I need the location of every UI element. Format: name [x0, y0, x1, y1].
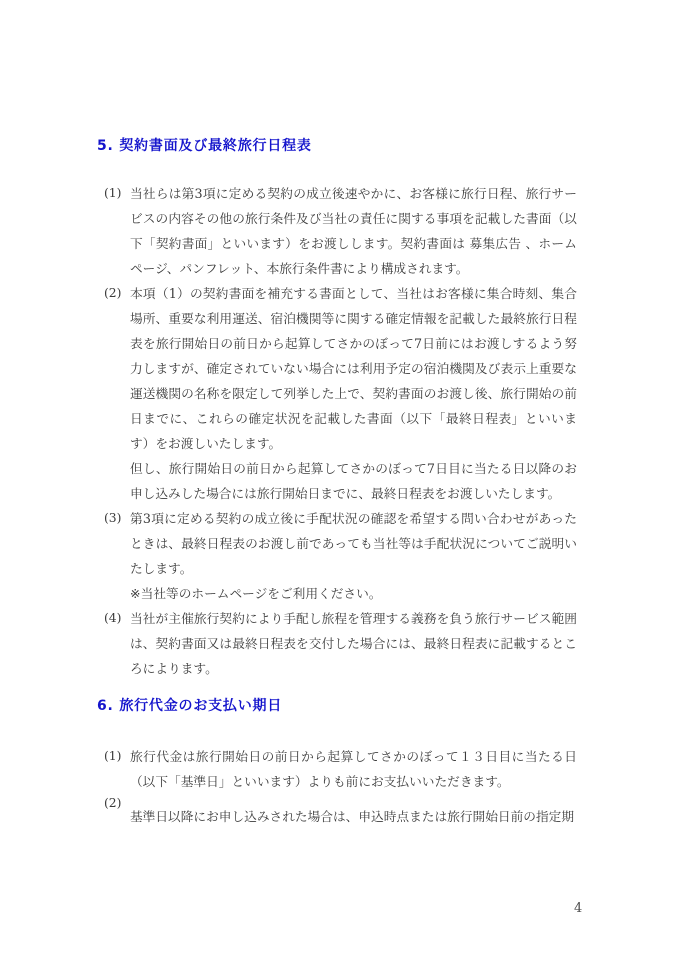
list-item: (2) 基準日以降にお申し込みされた場合は、申込時点または旅行開始日前の指定期	[97, 804, 579, 829]
section-6-list: (1) 旅行代金は旅行開始日の前日から起算してさかのぼって１３日目に当たる日（以…	[97, 744, 579, 829]
item-text: 旅行代金は旅行開始日の前日から起算してさかのぼって１３日目に当たる日（以下「基準…	[130, 744, 577, 794]
item-marker: (4)	[97, 606, 130, 631]
section-5-heading: 5. 契約書面及び最終旅行日程表	[97, 138, 579, 154]
page-number: 4	[574, 901, 582, 917]
item-marker: (1)	[97, 181, 130, 206]
item-marker: (2)	[97, 791, 130, 816]
item-text: 当社が主催旅行契約により手配し旅程を管理する義務を負う旅行サービス範囲は、契約書…	[130, 606, 577, 681]
item-marker: (2)	[97, 281, 130, 306]
section-6-heading: 6. 旅行代金のお支払い期日	[97, 698, 579, 714]
list-item: (2) 本項（1）の契約書面を補充する書面として、当社はお客様に集合時刻、集合場…	[97, 281, 579, 506]
item-text: 本項（1）の契約書面を補充する書面として、当社はお客様に集合時刻、集合場所、重要…	[130, 281, 577, 506]
item-text: 第3項に定める契約の成立後に手配状況の確認を希望する問い合わせがあったときは、最…	[130, 506, 577, 606]
item-text: 当社らは第3項に定める契約の成立後速やかに、お客様に旅行日程、旅行サービスの内容…	[130, 181, 577, 281]
section-5-list: (1) 当社らは第3項に定める契約の成立後速やかに、お客様に旅行日程、旅行サービ…	[97, 181, 579, 681]
item-text: 基準日以降にお申し込みされた場合は、申込時点または旅行開始日前の指定期	[130, 804, 577, 829]
list-item: (1) 旅行代金は旅行開始日の前日から起算してさかのぼって１３日目に当たる日（以…	[97, 744, 579, 794]
item-marker: (1)	[97, 744, 130, 769]
document-content: 5. 契約書面及び最終旅行日程表 (1) 当社らは第3項に定める契約の成立後速や…	[97, 138, 579, 829]
item-marker: (3)	[97, 506, 130, 531]
list-item: (3) 第3項に定める契約の成立後に手配状況の確認を希望する問い合わせがあったと…	[97, 506, 579, 606]
document-page: 5. 契約書面及び最終旅行日程表 (1) 当社らは第3項に定める契約の成立後速や…	[0, 0, 680, 962]
list-item: (1) 当社らは第3項に定める契約の成立後速やかに、お客様に旅行日程、旅行サービ…	[97, 181, 579, 281]
list-item: (4) 当社が主催旅行契約により手配し旅程を管理する義務を負う旅行サービス範囲は…	[97, 606, 579, 681]
